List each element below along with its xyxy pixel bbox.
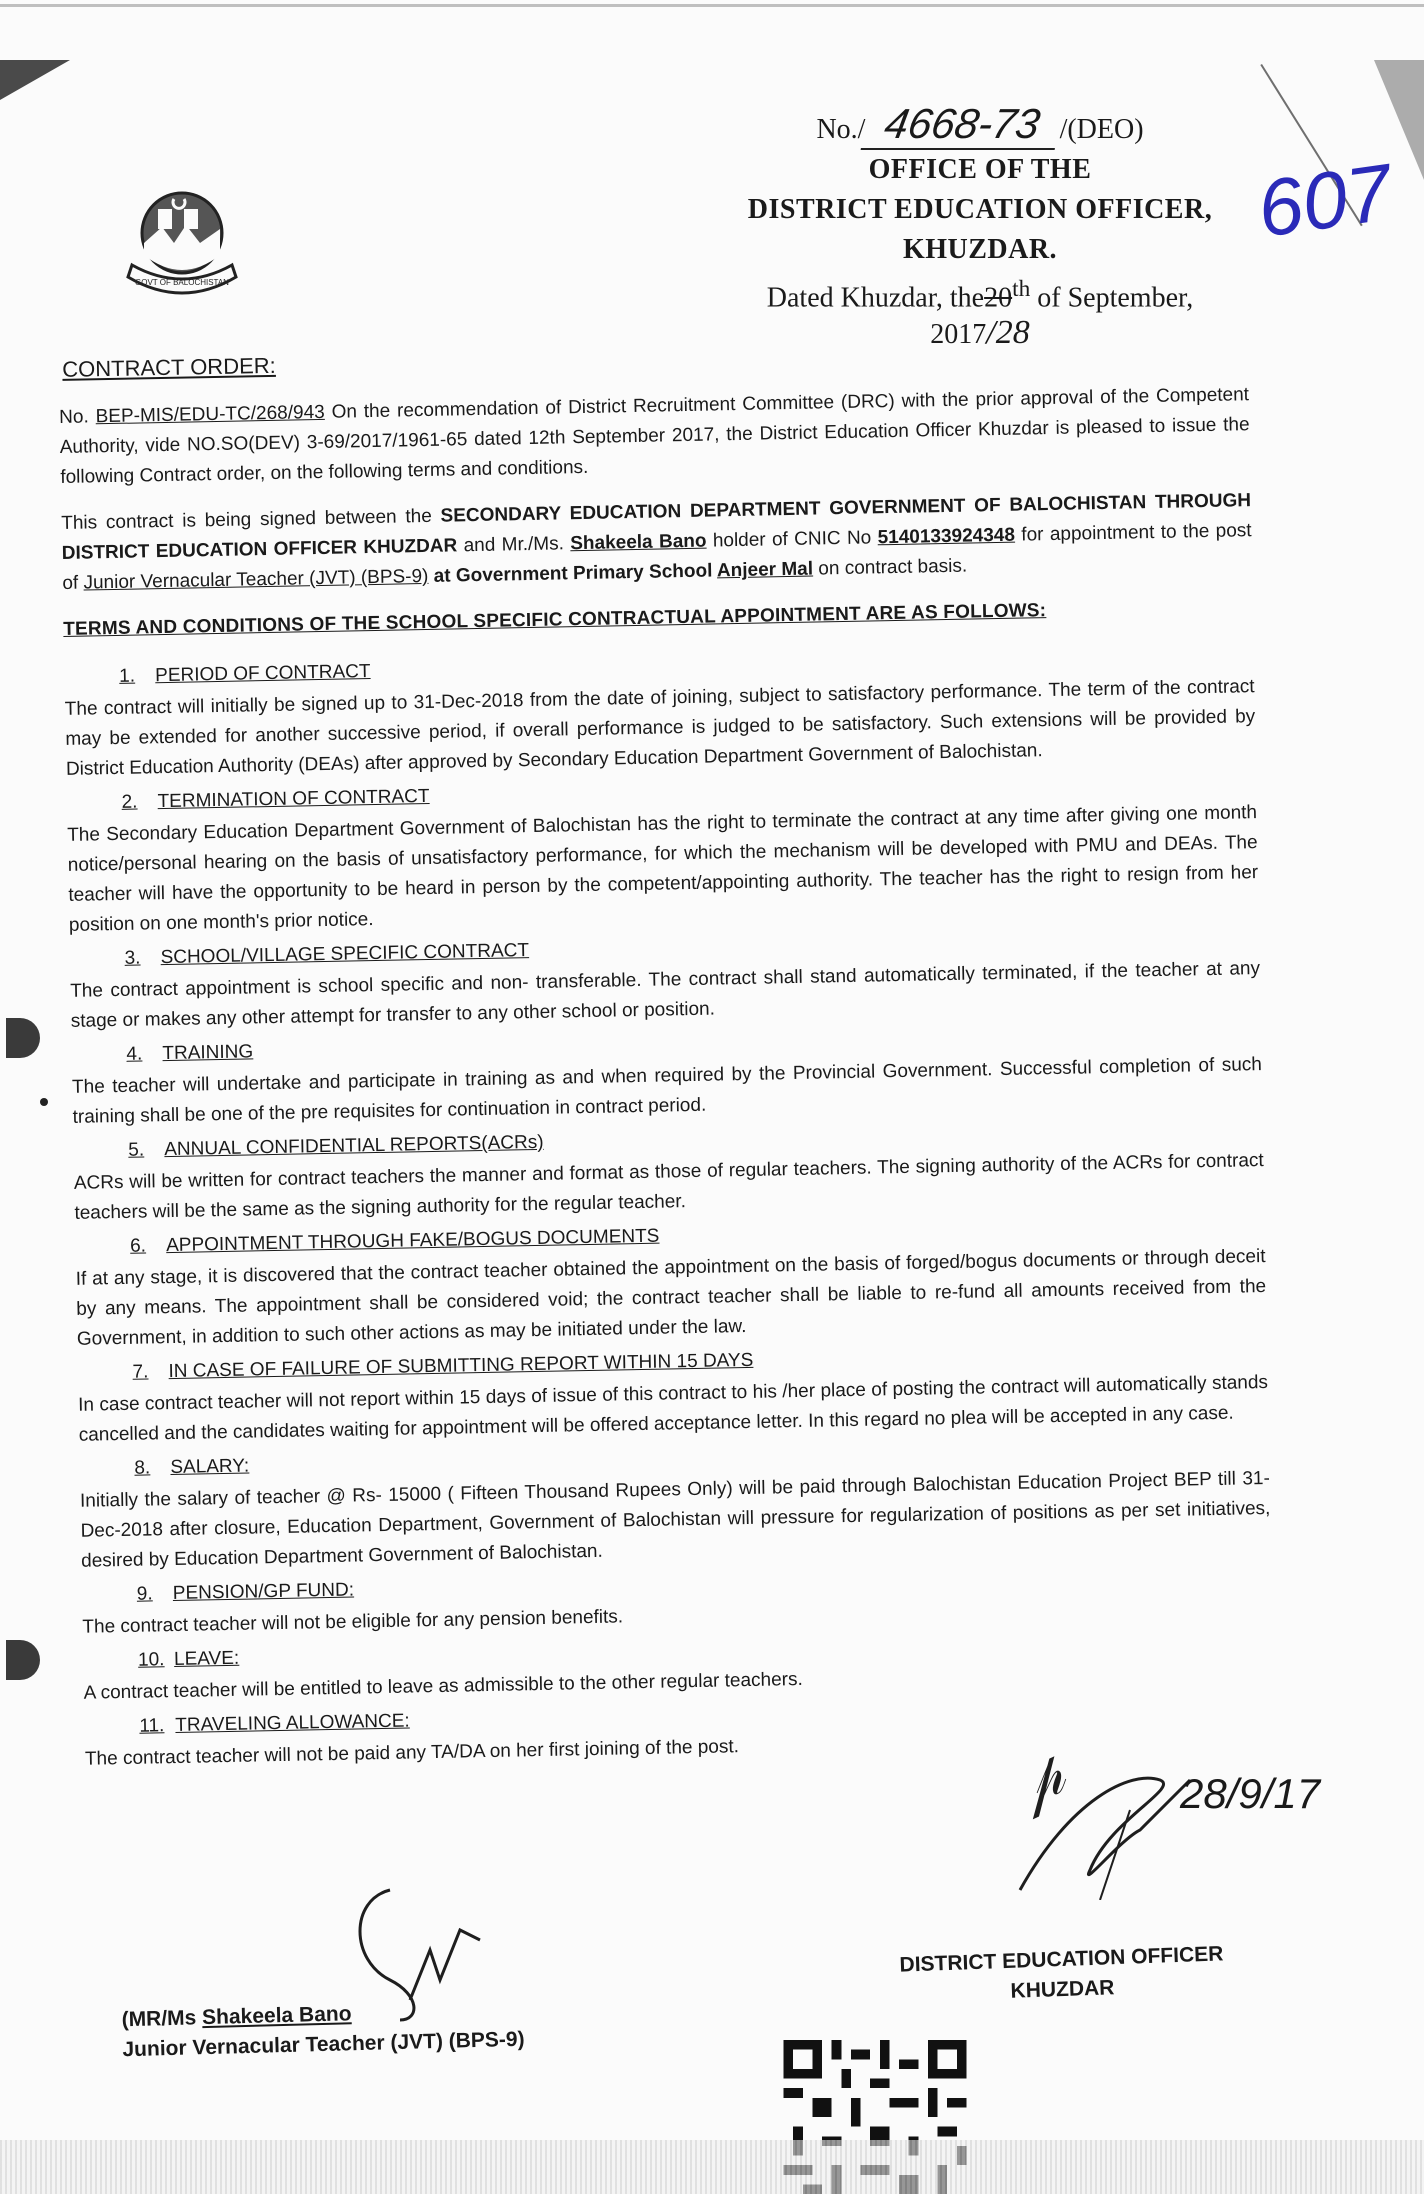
officer-signature-block: DISTRICT EDUCATION OFFICER KHUZDAR [899,1939,1225,2010]
post-title: Junior Vernacular Teacher (JVT) (BPS-9) [83,566,428,594]
section-acrs: 5.ANNUAL CONFIDENTIAL REPORTS(ACRs) ACRs… [73,1114,1265,1229]
section-school-specific: 3.SCHOOL/VILLAGE SPECIFIC CONTRACT The c… [69,922,1261,1037]
section-title: APPOINTMENT THROUGH FAKE/BOGUS DOCUMENTS [166,1226,660,1256]
section-period: 1.PERIOD OF CONTRACT The contract will i… [64,640,1256,785]
section-title: TERMINATION OF CONTRACT [157,786,429,812]
svg-text:GOVT OF BALOCHISTAN: GOVT OF BALOCHISTAN [135,278,229,287]
section-termination: 2.TERMINATION OF CONTRACT The Secondary … [66,766,1259,941]
section-title: LEAVE: [174,1648,240,1670]
section-failure-report: 7.IN CASE OF FAILURE OF SUBMITTING REPOR… [77,1336,1269,1451]
document-body: CONTRACT ORDER: No. BEP-MIS/EDU-TC/268/9… [58,332,1275,1779]
section-title: ANNUAL CONFIDENTIAL REPORTS(ACRs) [164,1132,544,1160]
teacher-name: Shakeela Bano [570,531,707,555]
section-salary: 8.SALARY: Initially the salary of teache… [79,1432,1271,1577]
section-training: 4.TRAINING The teacher will undertake an… [71,1018,1263,1133]
contract-parties-paragraph: This contract is being signed between th… [61,486,1253,599]
handwritten-reference-number: 4668-73 [861,100,1064,150]
dated-line: Dated Khuzdar, the20th of September, [700,276,1260,314]
teacher-signature-name: Shakeela Bano [202,2002,352,2029]
office-line-2: DISTRICT EDUCATION OFFICER, [700,190,1260,230]
cnic-number: 5140133924348 [877,525,1015,549]
scan-dot [40,1098,48,1106]
scan-noise-bottom [0,2140,1424,2194]
section-title: SALARY: [170,1456,249,1479]
section-title: TRAINING [162,1041,253,1064]
order-intro: No. BEP-MIS/EDU-TC/268/943 On the recomm… [59,380,1251,493]
contract-order-title: CONTRACT ORDER: [62,332,1248,385]
officer-signature-scribble [1010,1760,1200,1900]
section-title: PENSION/GP FUND: [173,1580,355,1604]
government-seal-icon: GOVT OF BALOCHISTAN [122,185,242,305]
reference-number: No./4668-73/(DEO) [700,100,1260,150]
order-number: BEP-MIS/EDU-TC/268/943 [95,402,325,427]
office-line-3: KHUZDAR. [700,230,1260,270]
school-name: Anjeer Mal [717,559,813,582]
section-title: TRAVELING ALLOWANCE: [175,1711,410,1736]
punch-hole-mark [6,1640,40,1680]
teacher-signature-block: (MR/Ms Shakeela Bano Junior Vernacular T… [121,1995,525,2066]
section-title: SCHOOL/VILLAGE SPECIFIC CONTRACT [160,940,529,968]
office-line-1: OFFICE OF THE [700,150,1260,190]
section-title: IN CASE OF FAILURE OF SUBMITTING REPORT … [168,1350,753,1382]
officer-signature-date: 28/9/17 [1180,1770,1320,1818]
struck-day: 20 [984,282,1012,313]
scan-corner-shadow-left [0,60,70,100]
letterhead: No./4668-73/(DEO) OFFICE OF THE DISTRICT… [700,100,1260,352]
section-title: PERIOD OF CONTRACT [155,661,371,686]
section-fake-documents: 6.APPOINTMENT THROUGH FAKE/BOGUS DOCUMEN… [75,1210,1267,1355]
terms-heading: TERMS AND CONDITIONS OF THE SCHOOL SPECI… [63,592,1253,645]
punch-hole-mark [6,1018,40,1058]
section-body: The Secondary Education Department Gover… [67,798,1259,941]
scan-top-border [0,4,1424,7]
handwritten-page-number: 607 [1252,146,1397,256]
